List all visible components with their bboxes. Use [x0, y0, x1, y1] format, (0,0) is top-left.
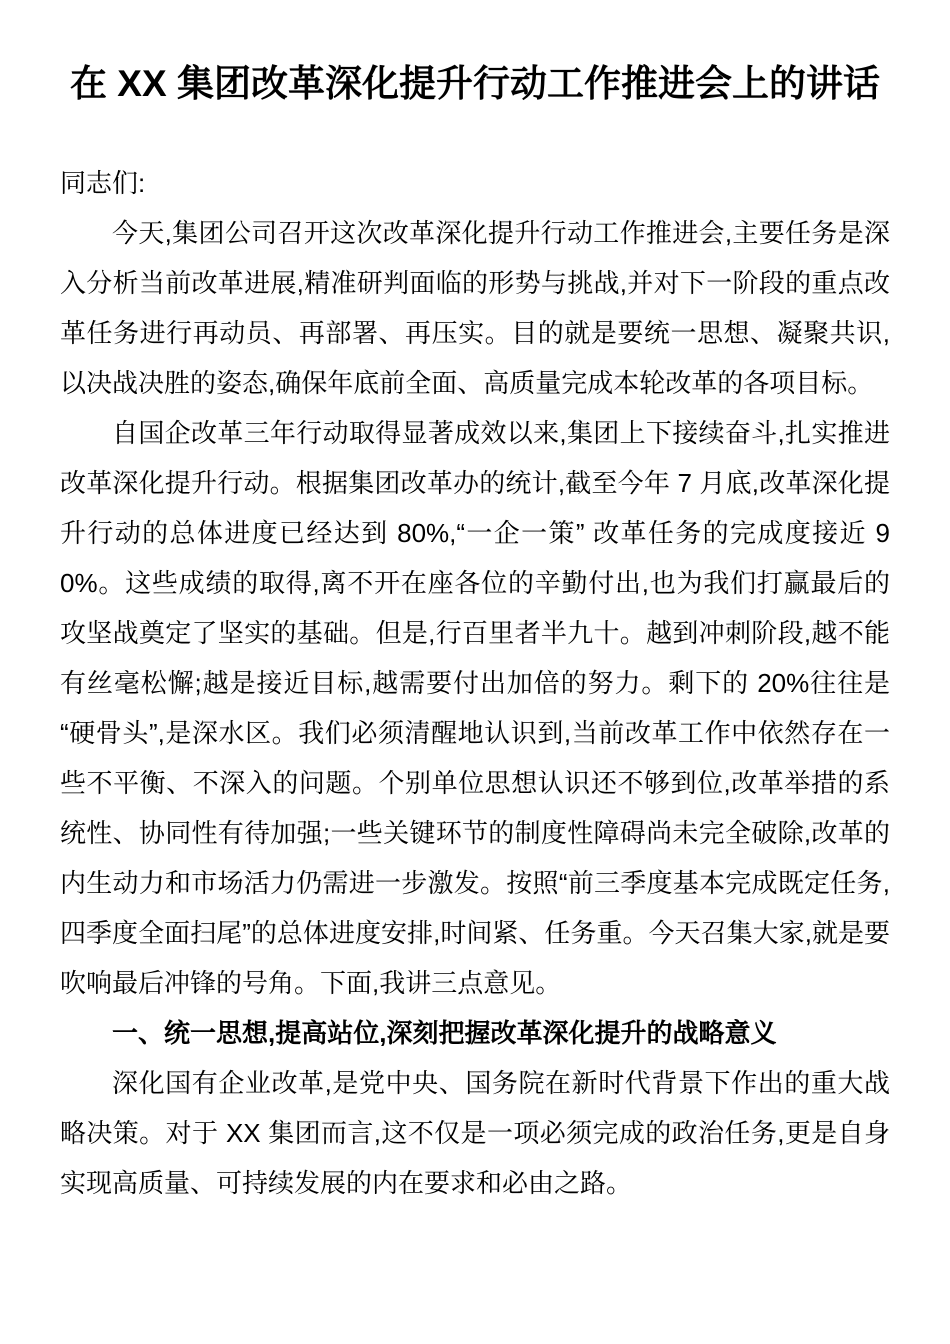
document-title: 在 XX 集团改革深化提升行动工作推进会上的讲话: [60, 58, 890, 110]
paragraph-strategy: 深化国有企业改革,是党中央、国务院在新时代背景下作出的重大战略决策。对于 XX …: [60, 1058, 890, 1208]
paragraph-intro: 今天,集团公司召开这次改革深化提升行动工作推进会,主要任务是深入分析当前改革进展…: [60, 208, 890, 408]
salutation: 同志们:: [60, 158, 890, 208]
paragraph-progress: 自国企改革三年行动取得显著成效以来,集团上下接续奋斗,扎实推进改革深化提升行动。…: [60, 408, 890, 1008]
section-heading-1: 一、统一思想,提高站位,深刻把握改革深化提升的战略意义: [60, 1008, 890, 1058]
document-page: 在 XX 集团改革深化提升行动工作推进会上的讲话 同志们: 今天,集团公司召开这…: [0, 0, 950, 1344]
